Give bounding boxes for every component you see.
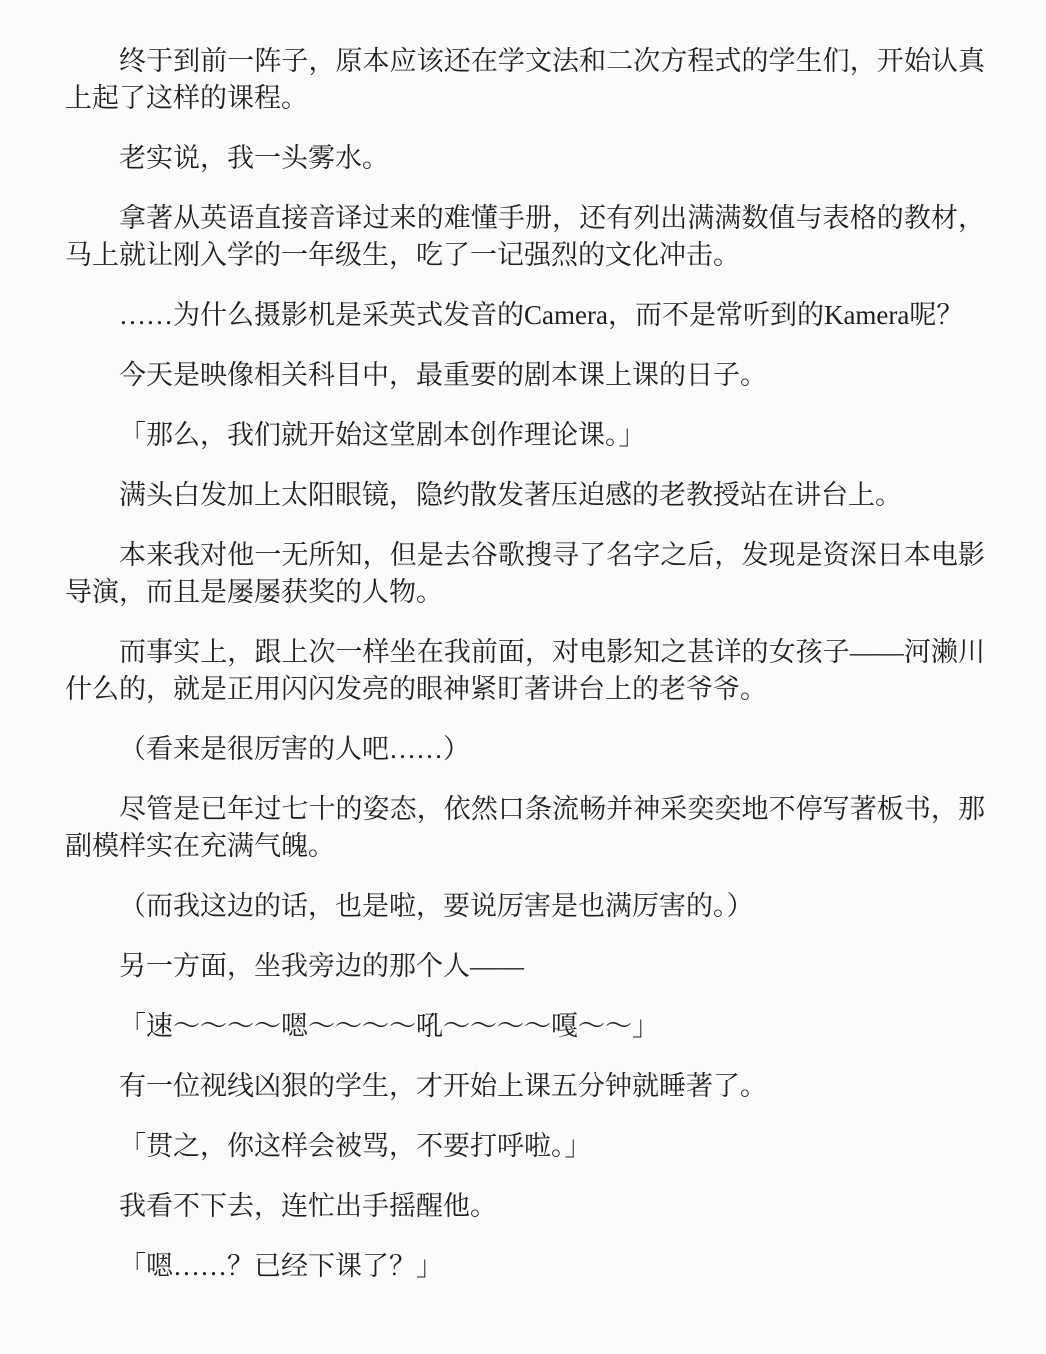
paragraph-narration: 尽管是已年过七十的姿态，依然口条流畅并神采奕奕地不停写著板书，那副模样实在充满气… (65, 791, 985, 865)
paragraph-narration: 老实说，我一头雾水。 (65, 140, 985, 177)
document-page: 终于到前一阵子，原本应该还在学文法和二次方程式的学生们，开始认真上起了这样的课程… (0, 0, 1046, 1354)
paragraph-narration: 有一位视线凶狠的学生，才开始上课五分钟就睡著了。 (65, 1068, 985, 1105)
paragraph-narration: 另一方面，坐我旁边的那个人—— (65, 948, 985, 985)
paragraph-narration: 拿著从英语直接音译过来的难懂手册，还有列出满满数值与表格的教材，马上就让刚入学的… (65, 200, 985, 274)
paragraph-narration: 我看不下去，连忙出手摇醒他。 (65, 1188, 985, 1225)
paragraph-narration: 满头白发加上太阳眼镜，隐约散发著压迫感的老教授站在讲台上。 (65, 477, 985, 514)
paragraph-narration: 今天是映像相关科目中，最重要的剧本课上课的日子。 (65, 357, 985, 394)
paragraph-dialogue: 「贯之，你这样会被骂，不要打呼啦。」 (65, 1128, 985, 1165)
paragraph-narration: 终于到前一阵子，原本应该还在学文法和二次方程式的学生们，开始认真上起了这样的课程… (65, 43, 985, 117)
paragraph-dialogue: 「那么，我们就开始这堂剧本创作理论课。」 (65, 417, 985, 454)
paragraph-thought: （而我这边的话，也是啦，要说厉害是也满厉害的。） (65, 888, 985, 925)
paragraph-dialogue: 「嗯……？已经下课了？」 (65, 1248, 985, 1285)
paragraph-narration: ……为什么摄影机是采英式发音的Camera，而不是常听到的Kamera呢？ (65, 297, 985, 334)
paragraph-narration: 而事实上，跟上次一样坐在我前面，对电影知之甚详的女孩子——河濑川什么的，就是正用… (65, 634, 985, 708)
paragraph-narration: 本来我对他一无所知，但是去谷歌搜寻了名字之后，发现是资深日本电影导演，而且是屡屡… (65, 537, 985, 611)
paragraph-dialogue: 「速～～～～嗯～～～～吼～～～～嘎～～」 (65, 1008, 985, 1045)
novel-text-content: 终于到前一阵子，原本应该还在学文法和二次方程式的学生们，开始认真上起了这样的课程… (0, 0, 1046, 1285)
paragraph-thought: （看来是很厉害的人吧……） (65, 731, 985, 768)
